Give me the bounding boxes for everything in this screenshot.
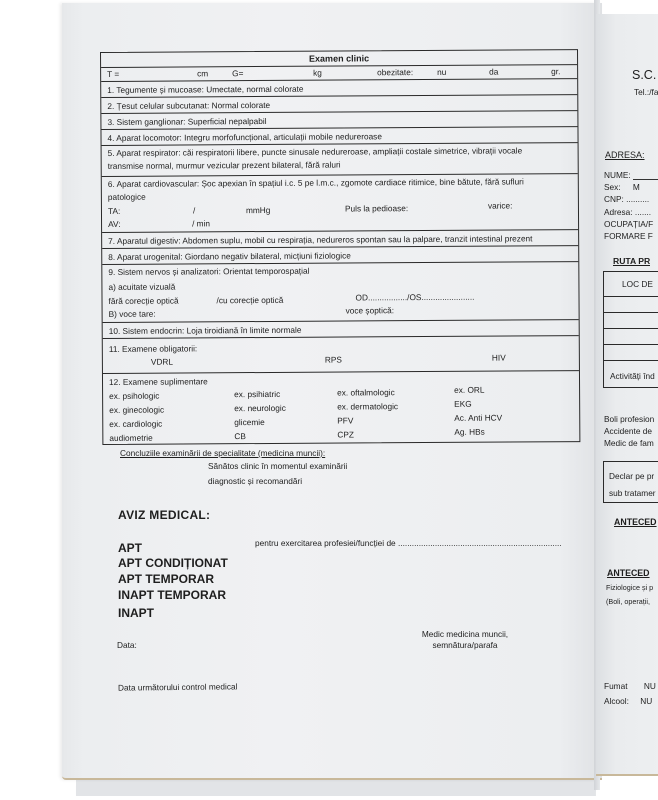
doctor-signature-label: semnătura/parafa — [405, 640, 525, 651]
work-accidents-label: Accidente de — [604, 426, 652, 436]
field-cnp: CNP: .......... — [604, 194, 649, 204]
conclusion-line-2: diagnostic și recomandări — [208, 476, 302, 486]
exam-option: PFV — [337, 416, 353, 426]
exam-option: ex. ORL — [454, 385, 485, 396]
conclusion-line-1: Sănătos clinic în momentul examinării — [208, 461, 347, 471]
habit-alcohol: Alcool: NU — [604, 696, 652, 706]
height-label: T = — [107, 69, 119, 79]
exam-option: CB — [234, 431, 246, 441]
aviz-medical-title: AVIZ MEDICAL: — [118, 508, 210, 522]
declaration-box: Declar pe pr sub tratamer — [603, 461, 658, 503]
address-header: ADRESA: — [605, 150, 645, 160]
field-ocupatia: OCUPAȚIA/F — [604, 219, 653, 229]
obesity-grade: gr. — [551, 66, 560, 76]
doctor-signature-block: Medic medicina muncii, semnătura/parafa — [405, 629, 525, 651]
field-value: M — [633, 182, 640, 192]
field-line — [633, 179, 658, 180]
height-unit: cm — [197, 69, 208, 79]
field-adresa: Adresa: ....... — [604, 207, 651, 217]
obesity-yes: da — [489, 67, 498, 77]
exam-option: ex. psihologic — [109, 391, 159, 402]
no-correction-label: fără corecție optică — [108, 296, 178, 307]
field-label: Sex: — [604, 182, 621, 192]
ta-label: TA: — [108, 206, 120, 216]
declaration-line-2: sub tratamer — [609, 488, 658, 498]
item-aparat-cardiovascular: 6. Aparat cardiovascular: Șoc apexian în… — [102, 173, 578, 232]
test-hiv: HIV — [492, 353, 506, 363]
conclusions-label: Concluziile examinării de specialitate (… — [120, 448, 325, 458]
route-table: LOC DE Activități înd — [603, 271, 658, 388]
verdict-inapt-temporar: INAPT TEMPORAR — [118, 588, 226, 602]
exam-option: ex. dermatologic — [337, 401, 398, 412]
item-examene-obligatorii: 11. Examene obligatorii: VDRL RPS HIV — [103, 335, 579, 373]
respirator-line-2: transmise normal, murmur vezicular preze… — [108, 158, 572, 174]
profession-line: pentru exercitarea profesiei/funcției de… — [255, 538, 562, 548]
voice-line: B) voce tare: voce șoptică: — [109, 304, 573, 320]
declaration-line-1: Declar pe pr — [609, 471, 658, 481]
whisper-voice-label: voce șoptică: — [346, 305, 394, 316]
next-control-label: Data următorului control medical — [118, 681, 238, 692]
right-page — [596, 14, 658, 776]
doctor-title: Medic medicina muncii, — [405, 629, 525, 640]
supplementary-row: audiometrie CB CPZ Ag. HBs — [109, 425, 573, 441]
weight-unit: kg — [313, 68, 322, 78]
company-tel: Tel.:/fa — [634, 87, 658, 97]
obesity-label: obezitate: — [377, 67, 413, 78]
habit-value: NU — [640, 696, 652, 706]
exam-option: CPZ — [337, 430, 354, 440]
occupational-diseases-label: Boli profesion — [604, 414, 654, 424]
verdict-apt: APT — [118, 541, 142, 555]
nervos-line-1: 9. Sistem nervos și analizatori: Orienta… — [108, 264, 572, 280]
verdict-inapt: INAPT — [118, 606, 154, 620]
antecedents-sub-1: Fiziologice și p — [606, 583, 653, 592]
habit-label: Fumat — [604, 681, 628, 691]
exam-option: EKG — [454, 399, 472, 409]
field-nume: NUME: — [604, 170, 658, 180]
item-sistem-nervos: 9. Sistem nervos și analizatori: Orienta… — [102, 261, 578, 322]
company-name: S.C. — [632, 68, 656, 82]
av-line: AV: / min — [108, 214, 572, 230]
loud-voice-label: B) voce tare: — [109, 309, 156, 320]
exam-option: audiometrie — [109, 433, 152, 444]
verdict-apt-conditionat: APT CONDIȚIONAT — [118, 556, 228, 570]
exam-option: ex. neurologic — [234, 403, 286, 414]
mandatory-tests: VDRL RPS HIV — [109, 353, 573, 369]
od-os-field: OD................./OS..................… — [355, 292, 474, 303]
habit-smoking: Fumat NU — [604, 681, 656, 691]
ta-separator: / — [193, 206, 195, 216]
varice-label: varice: — [488, 201, 513, 212]
with-correction-label: /cu corecție optică — [216, 295, 283, 306]
exam-clinic-table: Examen clinic T = cm G= kg obezitate: nu… — [100, 49, 580, 445]
antecedents-header-1: ANTECED — [614, 517, 657, 527]
item-examene-suplimentare: 12. Examene suplimentare ex. psihologic … — [103, 370, 579, 444]
verdict-apt-temporar: APT TEMPORAR — [118, 572, 214, 586]
av-unit: / min — [192, 219, 210, 229]
field-sex: Sex: M — [604, 182, 640, 192]
date-label: Data: — [117, 640, 137, 650]
field-formare: FORMARE F — [604, 231, 653, 241]
route-table-row — [604, 297, 658, 313]
test-vdrl: VDRL — [151, 357, 173, 367]
route-table-row — [604, 313, 658, 329]
av-label: AV: — [108, 219, 121, 229]
exam-option: Ag. HBs — [454, 427, 485, 438]
exam-option: glicemie — [234, 417, 265, 428]
test-rps: RPS — [325, 355, 342, 365]
field-label: NUME: — [604, 170, 631, 180]
ta-unit: mmHg — [246, 205, 271, 216]
antecedents-sub-2: (Boli, operații, — [606, 597, 650, 606]
puls-label: Puls la pedioase: — [345, 203, 408, 214]
weight-label: G= — [232, 68, 243, 78]
route-header: RUTA PR — [613, 256, 650, 266]
antecedents-header-2: ANTECED — [607, 568, 650, 578]
habit-label: Alcool: — [604, 696, 629, 706]
family-doctor-label: Medic de fam — [604, 438, 654, 448]
route-table-header: LOC DE — [604, 272, 658, 297]
route-table-activities: Activități înd — [604, 361, 658, 376]
exam-option: ex. oftalmologic — [337, 387, 395, 398]
exam-option: ex. psihiatric — [234, 389, 280, 400]
item-aparat-respirator: 5. Aparat respirator: căi respiratorii l… — [102, 142, 578, 176]
obesity-no: nu — [437, 67, 446, 77]
exam-option: Ac. Anti HCV — [454, 413, 502, 424]
habit-value: NU — [644, 681, 656, 691]
route-table-row — [604, 345, 658, 361]
route-table-row — [604, 329, 658, 345]
